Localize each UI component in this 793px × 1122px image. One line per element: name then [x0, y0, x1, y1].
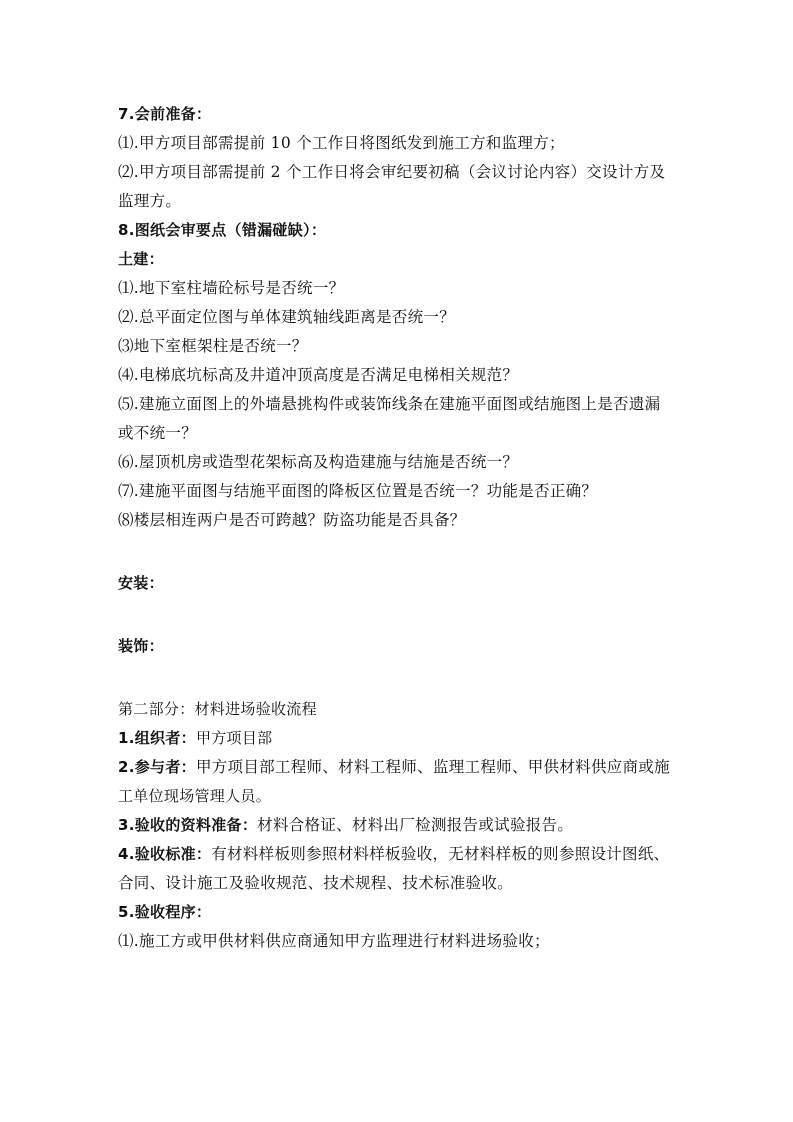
- list-item: ⑷.电梯底坑标高及井道冲顶高度是否满足电梯相关规范？: [118, 361, 678, 390]
- list-item: ⑻楼层相连两户是否可跨越？防盗功能是否具备？: [118, 506, 678, 535]
- item-text: 工单位现场管理人员。: [118, 787, 271, 805]
- document-page: 7.会前准备： ⑴.甲方项目部需提前 10 个工作日将图纸发到施工方和监理方； …: [118, 100, 678, 956]
- item-label: 2.参与者：: [118, 758, 196, 776]
- item-label: 3.验收的资料准备：: [118, 816, 257, 834]
- list-item: ⑴.地下室柱墙砼标号是否统一？: [118, 274, 678, 303]
- list-item: 5.验收程序：: [118, 898, 678, 927]
- list-item: ⑵.总平面定位图与单体建筑轴线距离是否统一？: [118, 303, 678, 332]
- item-text: 有材料样板则参照材料样板验收，无材料样板的则参照设计图纸、: [211, 845, 669, 863]
- list-item: 监理方。: [118, 187, 678, 216]
- list-item: ⑹.屋顶机房或造型花架标高及构造建施与结施是否统一？: [118, 448, 678, 477]
- item-label: 5.验收程序：: [118, 903, 211, 921]
- item-text: 甲方项目部: [196, 729, 273, 747]
- item-text: ⑴.施工方或甲供材料供应商通知甲方监理进行材料进场验收；: [118, 932, 550, 950]
- list-item: 工单位现场管理人员。: [118, 782, 678, 811]
- list-item: 3.验收的资料准备：材料合格证、材料出厂检测报告或试验报告。: [118, 811, 678, 840]
- subheading-civil: 土建：: [118, 245, 678, 274]
- list-item: ⑵.甲方项目部需提前 2 个工作日将会审纪要初稿（会议讨论内容）交设计方及: [118, 158, 678, 187]
- item-label: 1.组织者：: [118, 729, 196, 747]
- item-label: 4.验收标准：: [118, 845, 211, 863]
- section-heading-meeting-prep: 7.会前准备：: [118, 100, 678, 129]
- list-item: 2.参与者：甲方项目部工程师、材料工程师、监理工程师、甲供材料供应商或施: [118, 753, 678, 782]
- item-text: 合同、设计施工及验收规范、技术规程、技术标准验收。: [118, 874, 513, 892]
- list-item: 1.组织者：甲方项目部: [118, 724, 678, 753]
- list-item: 4.验收标准：有材料样板则参照材料样板验收，无材料样板的则参照设计图纸、: [118, 840, 678, 869]
- list-item: ⑶地下室框架柱是否统一？: [118, 332, 678, 361]
- list-item: 或不统一？: [118, 419, 678, 448]
- list-item: ⑴.施工方或甲供材料供应商通知甲方监理进行材料进场验收；: [118, 927, 678, 956]
- list-item: 合同、设计施工及验收规范、技术规程、技术标准验收。: [118, 869, 678, 898]
- list-item: ⑺.建施平面图与结施平面图的降板区位置是否统一？功能是否正确？: [118, 477, 678, 506]
- subheading-decoration: 装饰：: [118, 632, 678, 661]
- list-item: ⑸.建施立面图上的外墙悬挑构件或装饰线条在建施平面图或结施图上是否遗漏: [118, 390, 678, 419]
- part-two-heading: 第二部分：材料进场验收流程: [118, 695, 678, 724]
- item-text: 甲方项目部工程师、材料工程师、监理工程师、甲供材料供应商或施: [196, 758, 670, 776]
- item-text: 材料合格证、材料出厂检测报告或试验报告。: [257, 816, 573, 834]
- section-heading-review-points: 8.图纸会审要点（错漏碰缺）：: [118, 216, 678, 245]
- subheading-installation: 安装：: [118, 569, 678, 598]
- list-item: ⑴.甲方项目部需提前 10 个工作日将图纸发到施工方和监理方；: [118, 129, 678, 158]
